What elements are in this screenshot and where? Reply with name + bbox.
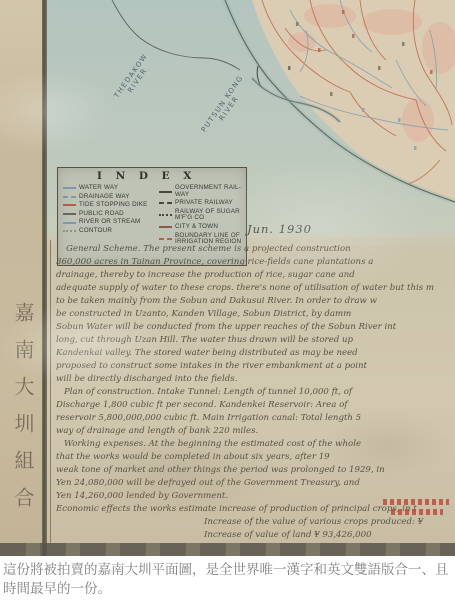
red-stamp-marks [383, 499, 449, 519]
manuscript-line-5: to be taken mainly from the Sobun and Da… [56, 295, 455, 308]
manuscript-line-16: Working expenses. At the beginning the e… [56, 438, 455, 451]
index-item-right-2: RAILWAY of SUGAR M'F'G CO [159, 209, 243, 222]
map-bottom-edge [0, 543, 455, 556]
left-margin-line [42, 0, 47, 556]
caption-text: 這份將被拍賣的嘉南大圳平面圖，是全世界唯一漢字和英文雙語版合一、且時間最早的一份… [3, 560, 453, 598]
index-left-column: WATER WAYDRAINAGE WAYTIDE STOPPING DIKEP… [63, 184, 159, 247]
date-stamp: Jun. 1930 [247, 222, 312, 236]
legend-sample-line [63, 204, 76, 206]
legend-label: RIVER or STREAM [79, 219, 140, 226]
index-right-column: GOVERNMENT RAIL-WAYPRIVATE RAILWAYRAILWA… [159, 184, 243, 247]
manuscript-line-1: General Scheme. The present scheme is a … [56, 243, 455, 256]
manuscript-line-11: will be directly discharged into the fie… [56, 373, 455, 386]
legend-label: RAILWAY of SUGAR M'F'G CO [175, 209, 243, 222]
index-item-left-3: PUBLIC ROAD [63, 211, 159, 218]
index-item-right-1: PRIVATE RAILWAY [159, 200, 243, 207]
legend-sample-line [159, 226, 172, 228]
manuscript-line-17: that the works would be completed in abo… [56, 451, 455, 464]
legend-sample-line [159, 202, 172, 204]
manuscript-line-7: Sobun Water will be conducted from the u… [56, 321, 455, 334]
legend-label: PRIVATE RAILWAY [175, 200, 233, 207]
text-frame-rule [50, 240, 51, 543]
index-item-left-0: WATER WAY [63, 185, 159, 192]
manuscript-line-14: reservoir 5,800,000,000 cubic ft. Main I… [56, 412, 455, 425]
legend-sample-line [159, 191, 172, 193]
manuscript-line-8: long, cut through Uzan Hill. The water t… [56, 334, 455, 347]
index-item-right-3: CITY & TOWN [159, 224, 243, 231]
manuscript-line-9: Kandenkai valley. The stored water being… [56, 347, 455, 360]
legend-sample-line [63, 187, 76, 189]
index-item-left-2: TIDE STOPPING DIKE [63, 202, 159, 209]
legend-label: TIDE STOPPING DIKE [79, 202, 148, 209]
index-item-right-0: GOVERNMENT RAIL-WAY [159, 185, 243, 198]
manuscript-line-10: proposed to construct some intakes in th… [56, 360, 455, 373]
legend-label: WATER WAY [79, 185, 118, 192]
legend-sample-line [63, 222, 76, 224]
manuscript-line-23: Increase of value of land ¥ 93,426,000 [56, 529, 455, 542]
manuscript-line-12: Plan of construction. Intake Tunnel: Len… [56, 386, 455, 399]
legend-label: PUBLIC ROAD [79, 211, 124, 218]
legend-sample-line [63, 196, 76, 198]
legend-label: GOVERNMENT RAIL-WAY [175, 185, 243, 198]
index-title: I N D E X [97, 170, 243, 182]
manuscript-line-2: 360,000 acres in Tainan Province, coveri… [56, 256, 455, 269]
legend-label: CONTOUR [79, 228, 112, 235]
manuscript-line-15: way of drainage and length of bank 220 m… [56, 425, 455, 438]
manuscript-line-13: Discharge 1,800 cubic ft per second. Kan… [56, 399, 455, 412]
manuscript-line-4: adequate supply of water to these crops.… [56, 282, 455, 295]
index-item-left-1: DRAINAGE WAY [63, 194, 159, 201]
vertical-title: 嘉南大圳組合 [9, 302, 38, 554]
legend-sample-line [63, 230, 76, 232]
manuscript-line-18: weak tone of market and other things the… [56, 464, 455, 477]
legend-label: DRAINAGE WAY [79, 194, 130, 201]
index-item-left-4: RIVER or STREAM [63, 219, 159, 226]
manuscript-line-19: Yen 24,080,000 will be defrayed out of t… [56, 477, 455, 490]
manuscript-text: General Scheme. The present scheme is a … [56, 243, 455, 542]
caption-area: 這份將被拍賣的嘉南大圳平面圖，是全世界唯一漢字和英文雙語版合一、且時間最早的一份… [0, 556, 455, 600]
legend-sample-line [159, 238, 172, 240]
map-photo: 嘉南大圳組合 THEDAKOWRIVERPUTSUN KONGRIVER I N… [0, 0, 455, 556]
legend-label: CITY & TOWN [175, 224, 218, 231]
index-item-left-5: CONTOUR [63, 228, 159, 235]
screenshot-root: 嘉南大圳組合 THEDAKOWRIVERPUTSUN KONGRIVER I N… [0, 0, 455, 600]
manuscript-line-3: drainage, thereby to increase the produc… [56, 269, 455, 282]
legend-sample-line [63, 213, 76, 215]
legend-sample-line [159, 214, 172, 216]
manuscript-line-6: be constructed in Uzanto, Kanden Village… [56, 308, 455, 321]
